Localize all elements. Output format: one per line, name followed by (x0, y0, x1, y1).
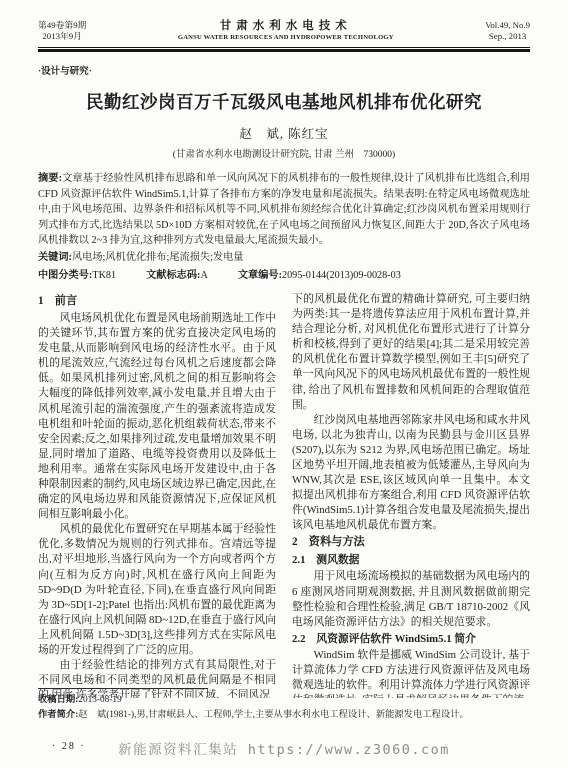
section-heading-2: 2 资料与方法 (292, 534, 530, 551)
journal-name-cn: 甘肃水利水电技术 (86, 20, 485, 33)
abstract-text: 文章基于经验性风机排布思路和单一风向风况下的风机排布的一般性规律,设计了风机排布… (38, 173, 530, 246)
body-paragraph: 用于风电场流场模拟的基础数据为风电场内的 6 座测风塔同期观测数据, 并且测风数… (292, 569, 530, 629)
received-date-label: 收稿日期: (38, 695, 78, 705)
keywords-label: 关键词: (38, 252, 72, 263)
article-id-value: 2095-0144(2013)09-0028-03 (282, 270, 401, 281)
keywords-text: 风电场;风机优化排布;尾流损失;发电量 (72, 252, 244, 263)
right-column: 下的风机最优化布置的精确计算研究, 可主要归纳为两类:其一是将遗传算法应用于风机… (292, 292, 530, 698)
clc-value: TK81 (92, 270, 116, 281)
author-bio-line: 作者简介:赵 斌(1981-),男,甘肃岷县人、工程师,学士,主要从事水利水电工… (38, 708, 530, 723)
body-paragraph-continued: 下的风机最优化布置的精确计算研究, 可主要归纳为两类:其一是将遗传算法应用于风机… (292, 292, 530, 413)
issue-date-cn: 2013年9月 (38, 31, 86, 42)
author-bio-label: 作者简介: (38, 710, 78, 720)
volume-issue-en: Vol.49, No.9 (485, 20, 530, 31)
received-date-line: 收稿日期:2013-08-19 (38, 693, 530, 708)
author-names: 赵 斌, 陈红宝 (38, 124, 530, 142)
column-section-label: ·设计与研究· (38, 63, 530, 77)
article-id-label: 文章编号: (238, 270, 282, 281)
journal-masthead: 第49卷第9期 2013年9月 甘肃水利水电技术 GANSU WATER RES… (38, 20, 530, 42)
watermark-text: 新能源资料汇集站 https://www.z3060.com (38, 738, 530, 758)
issue-date-en: Sep., 2013 (485, 31, 530, 42)
article-id-group: 文章编号:2095-0144(2013)09-0028-03 (238, 268, 401, 283)
article-title: 民勤红沙岗百万千瓦级风电基地风机排布优化研究 (38, 91, 530, 114)
journal-name-en: GANSU WATER RESOURCES AND HYDROPOWER TEC… (86, 33, 485, 42)
author-bio-text: 赵 斌(1981-),男,甘肃岷县人、工程师,学士,主要从事水利水电工程设计、新… (78, 710, 468, 720)
section-heading-1: 1 前言 (38, 293, 276, 310)
author-affiliation: (甘肃省水利水电勘测设计研究院, 甘肃 兰州 730000) (38, 146, 530, 160)
bottom-row: · 28 · 新能源资料汇集站 https://www.z3060.com (38, 738, 530, 758)
journal-title-block: 甘肃水利水电技术 GANSU WATER RESOURCES AND HYDRO… (86, 20, 485, 42)
classification-line: 中图分类号:TK81 文献标志码:A 文章编号:2095-0144(2013)0… (38, 268, 530, 283)
masthead-rule (38, 47, 530, 52)
article-body: 1 前言 风电场风机优化布置是风电场前期选址工作中的关键环节,其布置方案的优劣直… (38, 292, 530, 698)
page-number: · 28 · (52, 741, 86, 752)
body-paragraph: 风机的最优化布置研究在早期基本属于经验性优化,多数情况为规则的行列式排布。宫靖远… (38, 522, 276, 658)
issue-info-cn: 第49卷第9期 2013年9月 (38, 20, 86, 42)
subsection-heading-2-1: 2.1 测风数据 (292, 552, 530, 568)
clc-label: 中图分类号: (38, 270, 92, 281)
doc-code-group: 文献标志码:A (146, 268, 208, 283)
doc-code-label: 文献标志码: (146, 270, 200, 281)
volume-issue-cn: 第49卷第9期 (38, 20, 86, 31)
footnote-separator (38, 688, 208, 689)
body-paragraph: 红沙岗风电基地西邻陈家井风电场和咸水井风电场, 以北为独青山, 以南为民勤县与金… (292, 413, 530, 534)
issue-info-en: Vol.49, No.9 Sep., 2013 (485, 20, 530, 42)
abstract-label: 摘要: (38, 173, 62, 184)
journal-page: 第49卷第9期 2013年9月 甘肃水利水电技术 GANSU WATER RES… (0, 0, 568, 768)
keywords-line: 关键词:风电场;风机优化排布;尾流损失;发电量 (38, 250, 530, 265)
page-footer: 收稿日期:2013-08-19 作者简介:赵 斌(1981-),男,甘肃岷县人、… (38, 688, 530, 758)
subsection-heading-2-2: 2.2 风资源评估软件 WindSim5.1 简介 (292, 631, 530, 647)
body-paragraph: 风电场风机优化布置是风电场前期选址工作中的关键环节,其布置方案的优劣直接决定风电… (38, 311, 276, 522)
left-column: 1 前言 风电场风机优化布置是风电场前期选址工作中的关键环节,其布置方案的优劣直… (38, 292, 276, 698)
clc-group: 中图分类号:TK81 (38, 268, 116, 283)
doc-code-value: A (200, 270, 207, 281)
received-date-value: 2013-08-19 (78, 695, 121, 705)
abstract-paragraph: 摘要:文章基于经验性风机排布思路和单一风向风况下的风机排布的一般性规律,设计了风… (38, 171, 530, 249)
